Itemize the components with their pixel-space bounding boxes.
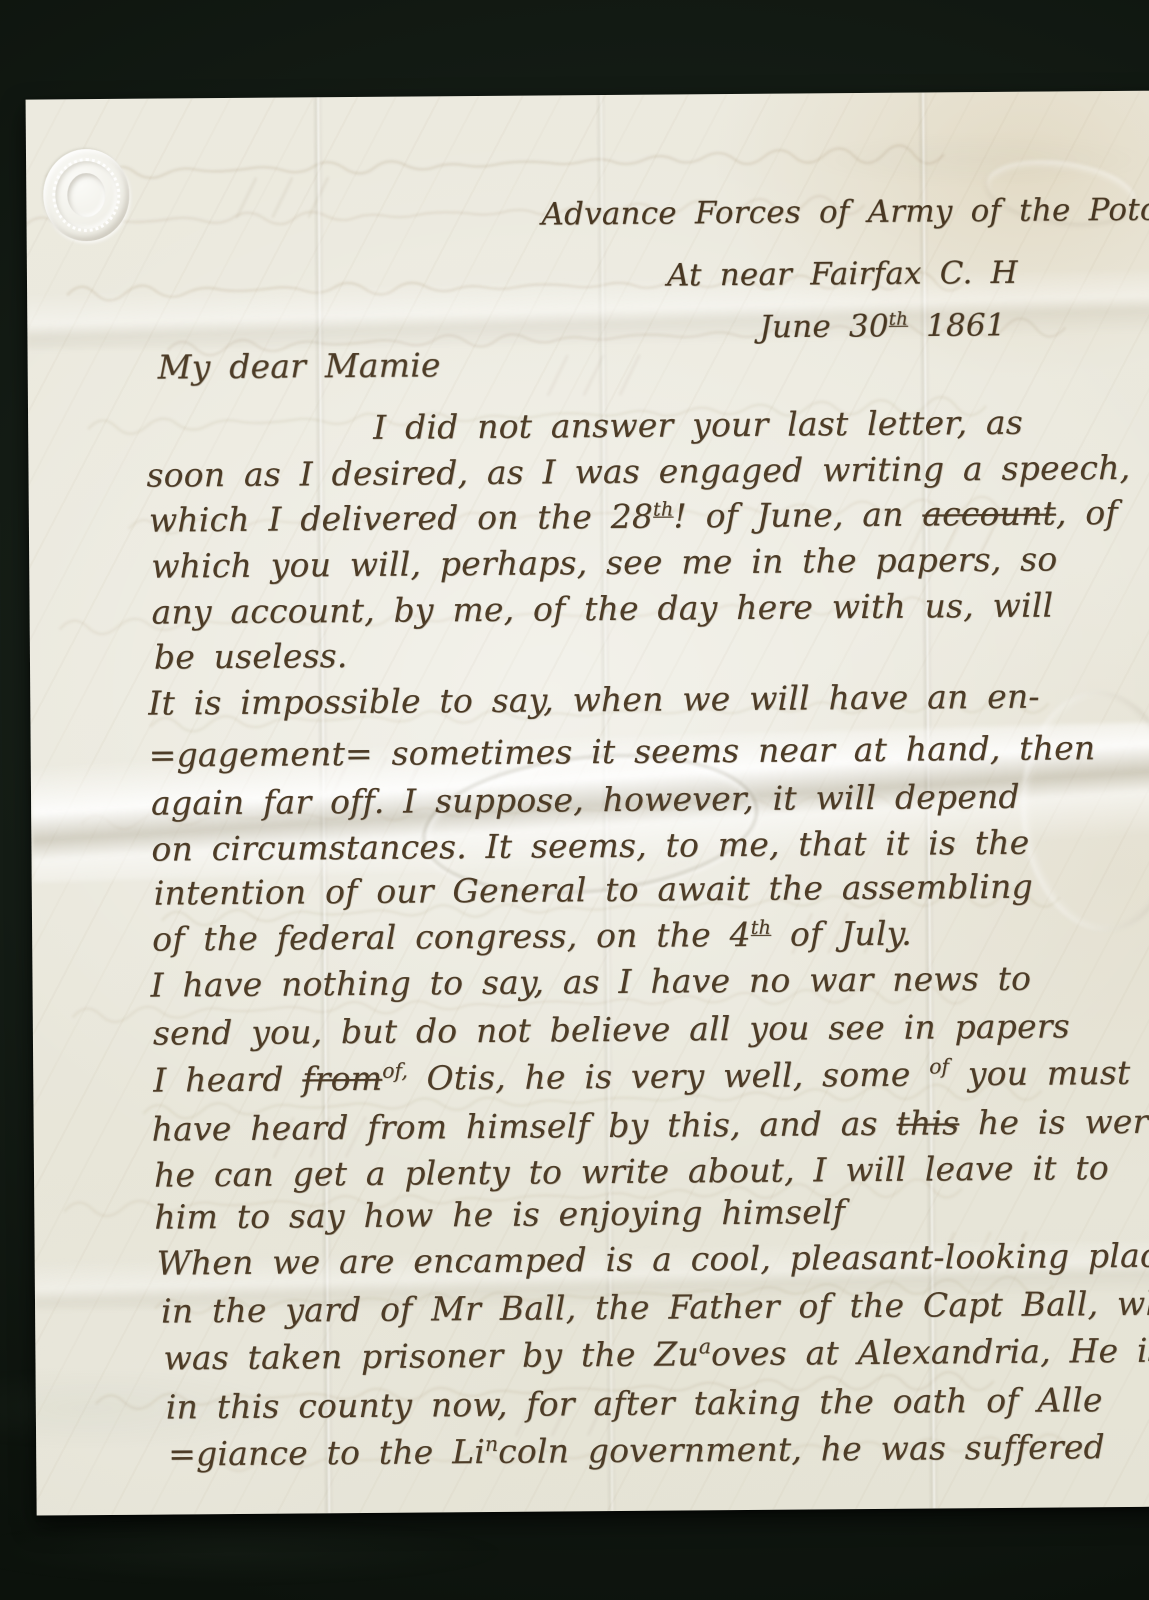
- line-text: oves at Alexandria, He is: [711, 1331, 1149, 1374]
- superscript-th: th: [751, 916, 772, 939]
- heading-line-2: At near Fairfax C. H: [667, 258, 1018, 292]
- date-superscript: th: [889, 309, 908, 330]
- inserted-letter: a: [699, 1334, 711, 1358]
- handwriting-line-16: have heard from himself by this, and as …: [152, 1105, 1149, 1146]
- handwriting-line-7: It is impossible to say, when we will ha…: [148, 680, 1040, 720]
- handwriting-line-21: was taken prisoner by the Zuaoves at Ale…: [163, 1333, 1149, 1375]
- line-text: I heard: [153, 1059, 302, 1099]
- handwriting-line-2: soon as I desired, as I was engaged writ…: [146, 451, 1130, 492]
- handwriting-line-5: any account, by me, of the day here with…: [151, 589, 1053, 629]
- handwriting-line-3: which I delivered on the 28th! of June, …: [149, 496, 1118, 537]
- salutation: My dear Mamie: [158, 348, 441, 383]
- handwriting-line-14: send you, but do not believe all you see…: [153, 1009, 1070, 1049]
- line-text: you must: [949, 1053, 1131, 1093]
- line-text: ! of June, an: [673, 495, 922, 536]
- handwriting-line-11: intention of our General to await the as…: [154, 870, 1033, 910]
- inserted-letter: n: [485, 1432, 498, 1456]
- letter-paper: Advance Forces of Army of the Potomac At…: [26, 91, 1149, 1516]
- struck-word: this: [896, 1103, 959, 1142]
- line-text: =giance to the Li: [168, 1432, 485, 1473]
- superscript-th: th: [653, 498, 674, 521]
- handwriting-line-13: I have nothing to say, as I have no war …: [150, 962, 1031, 1002]
- handwriting-line-18: him to say how he is enjoying himself: [154, 1195, 845, 1233]
- line-text: was taken prisoner by the Zu: [163, 1334, 699, 1377]
- line-text: of the federal congress, on the 4: [152, 915, 751, 959]
- handwriting-line-1: I did not answer your last letter, as: [373, 406, 1023, 444]
- handwriting-line-22: in this county now, for after taking the…: [166, 1383, 1103, 1423]
- struck-word: from: [302, 1059, 382, 1099]
- embossed-seal: [43, 149, 130, 242]
- handwriting-line-9: again far off. I suppose, however, it wi…: [151, 780, 1020, 820]
- line-text: which I delivered on the 28: [149, 497, 653, 540]
- wrinkle-mark: [1014, 687, 1149, 936]
- handwriting-line-4: which you will, perhaps, see me in the p…: [151, 542, 1057, 582]
- handwriting-line-20: in the yard of Mr Ball, the Father of th…: [161, 1286, 1149, 1327]
- handwriting-line-17: he can get a plenty to write about, I wi…: [154, 1151, 1109, 1191]
- line-text: , of: [1056, 493, 1118, 532]
- line-text: coln government, he was suffered: [498, 1427, 1105, 1471]
- line-text: have heard from himself by this, and as: [152, 1104, 897, 1149]
- handwriting-line-15: I heard fromof, Otis, he is very well, s…: [153, 1055, 1130, 1097]
- handwriting-line-19: When we are encamped is a cool, pleasant…: [157, 1238, 1149, 1279]
- line-text: he is were: [959, 1102, 1149, 1143]
- inserted-word: of,: [382, 1059, 408, 1083]
- inserted-word: of: [929, 1054, 949, 1078]
- line-text: Otis, he is very well, some: [408, 1055, 930, 1098]
- struck-word: account: [922, 494, 1056, 534]
- heading-line-1: Advance Forces of Army of the Potomac: [541, 194, 1149, 230]
- handwriting-line-23: =giance to the Lincoln government, he wa…: [168, 1429, 1105, 1470]
- photo-backdrop: Advance Forces of Army of the Potomac At…: [0, 0, 1149, 1600]
- date-text: June 30: [759, 308, 889, 345]
- handwriting-line-8: =gagement= sometimes it seems near at ha…: [149, 731, 1096, 771]
- heading-date: June 30th 1861: [759, 310, 1006, 343]
- handwriting-line-12: of the federal congress, on the 4th of J…: [152, 917, 912, 956]
- handwriting-line-10: on circumstances. It seems, to me, that …: [151, 826, 1029, 866]
- date-text: 1861: [908, 307, 1006, 344]
- line-text: of July.: [771, 914, 912, 954]
- handwriting-line-6: be useless.: [154, 639, 348, 674]
